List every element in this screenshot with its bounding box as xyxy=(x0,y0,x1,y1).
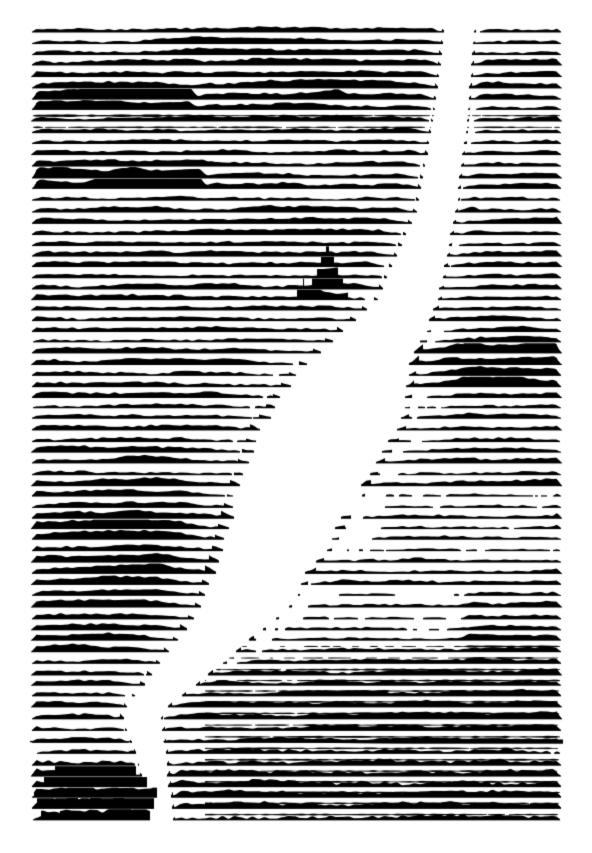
artwork-page xyxy=(0,0,592,853)
line-halftone-canvas xyxy=(0,0,592,853)
